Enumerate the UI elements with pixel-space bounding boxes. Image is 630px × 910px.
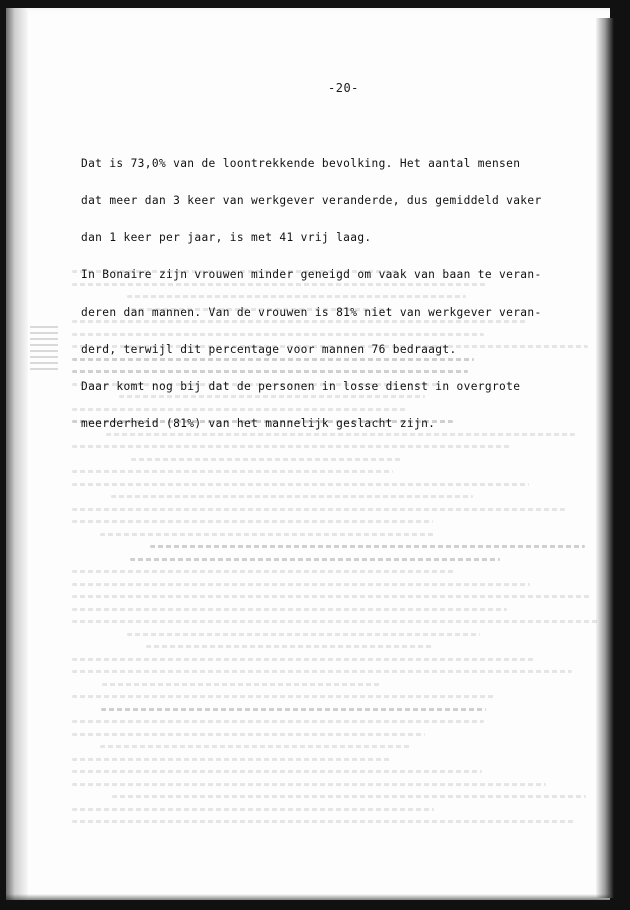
bleed-through-line: [72, 508, 565, 511]
scan-background: -20- Dat is 73,0% van de loontrekkende b…: [0, 0, 630, 910]
bleed-through-line: [127, 633, 480, 636]
bleed-through-line: [72, 670, 572, 673]
bleed-through-line: [112, 795, 586, 798]
bleed-through-line: [102, 683, 380, 686]
document-page: -20- Dat is 73,0% van de loontrekkende b…: [6, 8, 610, 900]
bleed-through-line: [72, 733, 425, 736]
bleed-through-line: [72, 758, 392, 761]
bleed-through-line: [72, 470, 393, 473]
paragraph-line: In Bonaire zijn vrouwen minder geneigd o…: [81, 269, 601, 281]
bleed-through-line: [72, 695, 496, 698]
paragraph-line: Dat is 73,0% van de loontrekkende bevolk…: [81, 158, 601, 170]
bleed-through-line: [72, 820, 575, 823]
bleed-through-line: [72, 520, 433, 523]
paragraph-line: deren dan mannen. Van de vrouwen is 81% …: [81, 307, 601, 319]
page-binding-edge: [6, 8, 28, 900]
bleed-through-line: [72, 583, 530, 586]
bleed-through-line: [72, 658, 535, 661]
paragraph-line: meerderheid (81%) van het mannelijk gesl…: [81, 418, 601, 430]
bleed-through-line: [72, 770, 482, 773]
bleed-through-line: [72, 720, 484, 723]
bleed-through-line: [72, 483, 529, 486]
bleed-through-line: [72, 595, 592, 598]
bleed-through-line: [146, 645, 433, 648]
paragraph-line: dat meer dan 3 keer van werkgever verand…: [81, 195, 601, 207]
bleed-through-line: [72, 620, 600, 623]
bleed-through-line: [72, 570, 454, 573]
bleed-through-line: [130, 558, 499, 561]
bleed-through-line: [100, 533, 434, 536]
bleed-through-line: [150, 545, 585, 548]
page-bottom-shadow: [6, 894, 610, 906]
page-number: -20-: [328, 81, 359, 95]
bleed-through-line: [72, 783, 546, 786]
bleed-through-line: [131, 458, 403, 461]
bleed-through-line: [111, 495, 472, 498]
paragraph-line: Daar komt nog bij dat de personen in los…: [81, 381, 601, 393]
bleed-through-line: [101, 708, 486, 711]
body-paragraph: Dat is 73,0% van de loontrekkende bevolk…: [81, 133, 601, 456]
paragraph-line: derd, terwijl dit percentage voor mannen…: [81, 344, 601, 356]
bleed-through-line: [100, 745, 410, 748]
bleed-through-line: [72, 608, 507, 611]
bleed-through-line: [72, 808, 434, 811]
paragraph-line: dan 1 keer per jaar, is met 41 vrij laag…: [81, 232, 601, 244]
margin-bleed-through: [30, 326, 58, 370]
